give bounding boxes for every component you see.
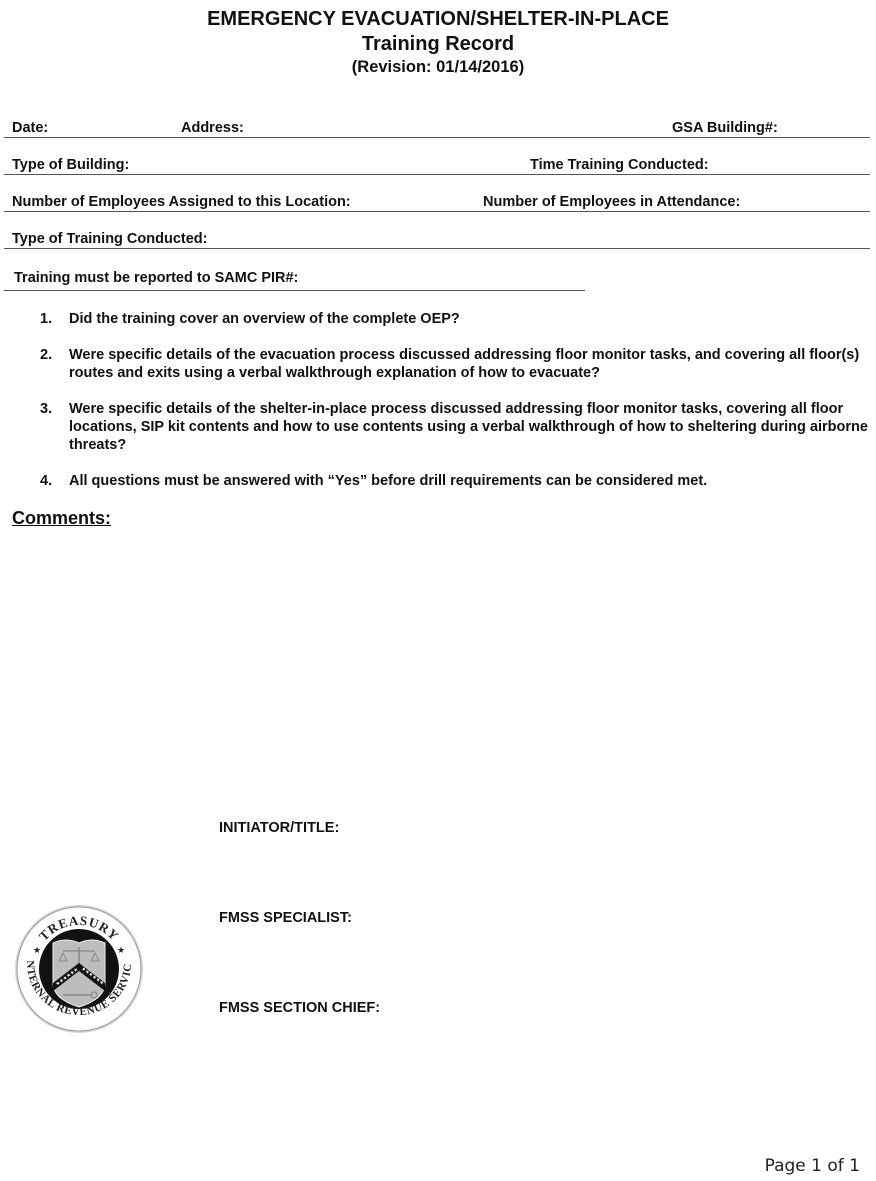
question-number: 3. (40, 400, 52, 418)
question-number: 4. (40, 472, 52, 490)
form-subtitle: Training Record (0, 33, 876, 56)
address-label: Address: (181, 120, 244, 136)
question-text: Were specific details of the evacuation … (69, 346, 869, 382)
svg-text:★: ★ (33, 945, 41, 955)
form-title: EMERGENCY EVACUATION/SHELTER-IN-PLACE (0, 8, 876, 31)
comments-label: Comments: (12, 508, 111, 529)
gsa-building-label: GSA Building#: (672, 120, 778, 136)
revision-date: (Revision: 01/14/2016) (0, 58, 876, 77)
fmss-section-chief-label: FMSS SECTION CHIEF: (219, 1000, 380, 1016)
samc-pir-field-line[interactable] (4, 290, 585, 291)
initiator-title-label: INITIATOR/TITLE: (219, 820, 339, 836)
type-of-training-label: Type of Training Conducted: (12, 231, 207, 247)
svg-text:★: ★ (117, 945, 125, 955)
question-number: 1. (40, 310, 52, 328)
type-of-building-label: Type of Building: (12, 157, 129, 173)
employees-assigned-label: Number of Employees Assigned to this Loc… (12, 194, 351, 210)
type-of-training-field-line[interactable] (4, 248, 870, 249)
fmss-specialist-label: FMSS SPECIALIST: (219, 910, 352, 926)
question-text: All questions must be answered with “Yes… (69, 472, 869, 490)
page-number: Page 1 of 1 (765, 1156, 860, 1176)
building-time-field-line[interactable] (4, 174, 870, 175)
question-text: Did the training cover an overview of th… (69, 310, 869, 328)
irs-seal-icon: TREASURY INTERNAL REVENUE SERVICE ★ ★ ★★… (13, 903, 145, 1035)
date-label: Date: (12, 120, 48, 136)
employees-field-line[interactable] (4, 211, 870, 212)
employees-attendance-label: Number of Employees in Attendance: (483, 194, 740, 210)
question-text: Were specific details of the shelter-in-… (69, 400, 869, 454)
question-number: 2. (40, 346, 52, 364)
comments-area[interactable] (12, 540, 862, 800)
date-address-field-line[interactable] (4, 137, 870, 138)
samc-pir-label: Training must be reported to SAMC PIR#: (14, 270, 298, 286)
time-training-label: Time Training Conducted: (530, 157, 709, 173)
